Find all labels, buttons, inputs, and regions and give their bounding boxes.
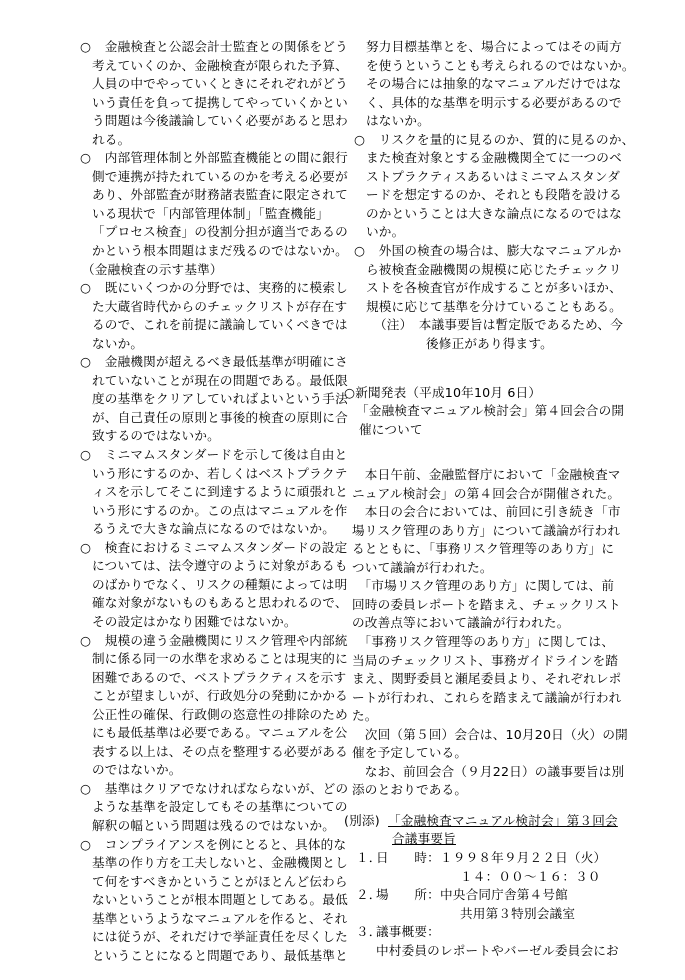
- bullet-mark: ○: [80, 780, 91, 799]
- press-title: 「金融検査マニュアル検討会」第４回会合の開 催について: [344, 402, 619, 439]
- note: （注） 本議事要旨は暫定版であるため、今 後修正があり得ます。: [344, 316, 619, 353]
- text-line: には従うが、それだけで挙証責任を尽くした: [92, 928, 342, 947]
- text-line: リスクを量的に見るのか、質的に見るのか、: [366, 131, 619, 150]
- text-line: また検査対象とする金融機関全てに一つのベ: [366, 149, 619, 168]
- text-line: 規模に応じて基準を分けていることもある。: [366, 298, 619, 317]
- text-line: 中村委員のレポートやバーゼル委員会にお: [376, 942, 619, 961]
- text-line: 度の基準をクリアしていればよいという手法: [92, 390, 342, 409]
- bullet-item: ○ 内部管理体制と外部監査機能との間に銀行側で連携が持たれているのかを考える必要…: [80, 149, 342, 260]
- continuation-text: 努力目標基準とを、場合によってはその両方 を使うということも考えられるのではない…: [344, 38, 619, 131]
- text-line: 場リスク管理のあり方」について議論が行われ: [352, 522, 619, 541]
- text-line: て何をすべきかということがほとんど伝わら: [92, 873, 342, 892]
- text-line: 公正性の確保、行政側の恣意性の排除のため: [92, 706, 342, 725]
- text-line: 内部管理体制と外部監査機能との間に銀行: [92, 149, 342, 168]
- text-line: 表する以上は、その点を整理する必要がある: [92, 743, 342, 762]
- text-line: 制に係る同一の水準を求めることは現実的に: [92, 650, 342, 669]
- text-line: にも最低基準は必要である。マニュアルを公: [92, 724, 342, 743]
- text-line: いう形にするのか、若しくはベストプラクテ: [92, 465, 342, 484]
- attachment-prefix: (別添): [344, 812, 380, 831]
- text-line: 合議事要旨: [392, 831, 456, 846]
- text-line: 催を予定している。: [352, 744, 619, 763]
- bullet-mark: ○: [80, 539, 91, 558]
- bullet-mark: ○: [354, 242, 365, 261]
- bullet-mark: ○: [80, 446, 91, 465]
- text-line: 本日の会合においては、前回に引き続き「市: [352, 503, 619, 522]
- text-line: ニュアル検討会」の第４回会合が開催された。: [352, 485, 619, 504]
- bullet-mark: ○: [80, 836, 91, 855]
- text-line: 中央合同庁舎第４号館: [440, 886, 619, 905]
- text-line: 共用第３特別会議室: [440, 905, 619, 924]
- text-line: ついて議論が行われた。: [352, 559, 619, 578]
- press-release: ○新聞発表（平成10年10月 6日） 「金融検査マニュアル検討会」第４回会合の開…: [344, 384, 619, 800]
- section-heading: （金融検査の示す基準）: [82, 261, 342, 280]
- text-line: 「プロセス検査」の役割分担が適当であるの: [92, 223, 342, 242]
- text-line: 人員の中でやっていくときにそれぞれがどう: [92, 75, 342, 94]
- bullet-mark: ○: [80, 149, 91, 168]
- text-line: あり、外部監査が財務諸表監査に限定されて: [92, 186, 342, 205]
- text-line: た大蔵省時代からのチェックリストが存在す: [92, 298, 342, 317]
- press-header: ○新聞発表（平成10年10月 6日）: [344, 384, 619, 403]
- bullet-item: ○ ミニマムスタンダードを示して後は自由という形にするのか、若しくはベストプラク…: [80, 446, 342, 539]
- text-line: を使うということも考えられるのではないか。: [366, 57, 619, 76]
- text-line: １９９８年９月２２日（火）: [440, 849, 619, 868]
- text-line: ートが行われ、これらを踏まえて議論が行われ: [352, 689, 619, 708]
- text-line: 回時の委員レポートを踏まえ、チェックリスト: [352, 596, 619, 615]
- text-line: その設定はかなり困難ではないか。: [92, 613, 342, 632]
- text-line: 当局のチェックリスト、事務ガイドラインを踏: [352, 652, 619, 671]
- text-line: 努力目標基準とを、場合によってはその両方: [366, 38, 619, 57]
- attachment-title: (別添) 「金融検査マニュアル検討会」第３回会 合議事要旨: [344, 812, 619, 849]
- text-line: ような基準を設定してもその基準についての: [92, 798, 342, 817]
- document-page: ○ 金融検査と公認会計士監査との関係をどう考えていくのか、金融検査が限られた予算…: [0, 0, 685, 980]
- row-summary: ３． 議事概要： 中村委員のレポートやバーゼル委員会にお: [356, 923, 619, 960]
- text-line: 金融機関が超えるべき最低基準が明確にさ: [92, 353, 342, 372]
- text-line: 催について: [356, 421, 619, 440]
- bullet-mark: ○: [80, 279, 91, 298]
- text-line: 「金融検査マニュアル検討会」第３回会: [388, 813, 618, 828]
- text-line: るとともに、「事務リスク管理等のあり方」に: [352, 540, 619, 559]
- text-line: ことが望ましいが、行政処分の発動にかかる: [92, 687, 342, 706]
- text-line: 本議事要旨は暫定版であるため、今: [406, 316, 619, 335]
- text-line: いう形にするのか。この点はマニュアルを作: [92, 502, 342, 521]
- text-line: 考えていくのか、金融検査が限られた予算、: [92, 57, 342, 76]
- bullet-item: ○ 金融機関が超えるべき最低基準が明確にされていないことが現在の問題である。最低…: [80, 353, 342, 446]
- row-label: 場 所：: [376, 886, 440, 905]
- text-line: た。: [352, 707, 619, 726]
- text-line: ストを各検査官が作成することが多いほか、: [366, 279, 619, 298]
- text-line: のばかりでなく、リスクの種類によっては明: [92, 576, 342, 595]
- row-datetime: １． 日 時： １９９８年９月２２日（火） １４：００～１６：３０: [356, 849, 619, 886]
- text-line: いう責任を負って提携してやっていくかとい: [92, 94, 342, 113]
- row-label: 日 時：: [376, 849, 440, 868]
- text-line: かという根本問題はまだ残るのではないか。: [92, 242, 342, 261]
- text-line: ということになると問題であり、最低基準と: [92, 947, 342, 966]
- text-line: いか。: [366, 223, 619, 242]
- bullet-mark: ○: [354, 131, 365, 150]
- text-line: ードを想定するのか、それとも段階を設ける: [366, 186, 619, 205]
- text-line: はないか。: [366, 112, 619, 131]
- row-number: ３．: [356, 923, 382, 942]
- left-column: ○ 金融検査と公認会計士監査との関係をどう考えていくのか、金融検査が限られた予算…: [80, 38, 342, 965]
- text-line: るうえで大きな論点になるのではないか。: [92, 520, 342, 539]
- text-line: 解釈の幅という問題は残るのではないか。: [92, 817, 342, 836]
- row-place: ２． 場 所： 中央合同庁舎第４号館 共用第３特別会議室: [356, 886, 619, 923]
- text-line: 規模の違う金融機関にリスク管理や内部統: [92, 632, 342, 651]
- text-line: 後修正があり得ます。: [406, 335, 619, 354]
- bullet-item: ○ 既にいくつかの分野では、実務的に模索した大蔵省時代からのチェックリストが存在…: [80, 279, 342, 353]
- text-line: ストプラクティスあるいはミニマムスタンダ: [366, 168, 619, 187]
- attachment-rows: １． 日 時： １９９８年９月２２日（火） １４：００～１６：３０ ２． 場 所…: [344, 849, 619, 960]
- text-line: ミニマムスタンダードを示して後は自由と: [92, 446, 342, 465]
- text-line: のではないか。: [92, 761, 342, 780]
- text-line: るので、これを前提に議論していくべきでは: [92, 316, 342, 335]
- bullet-item: ○ 金融検査と公認会計士監査との関係をどう考えていくのか、金融検査が限られた予算…: [80, 38, 342, 149]
- bullet-mark: ○: [80, 353, 91, 372]
- text-line: 金融検査と公認会計士監査との関係をどう: [92, 38, 342, 57]
- text-line: ィスを示してそこに到達するように頑張れと: [92, 483, 342, 502]
- text-line: 「市場リスク管理のあり方」に関しては、前: [352, 577, 619, 596]
- text-line: 確な対象がないものもあると思われるので、: [92, 594, 342, 613]
- note-label: （注）: [374, 316, 412, 335]
- text-line: 「事務リスク管理等のあり方」に関しては、: [352, 633, 619, 652]
- text-line: の改善点等において議論が行われた。: [352, 614, 619, 633]
- text-line: 検査におけるミニマムスタンダードの設定: [92, 539, 342, 558]
- text-line: が、自己責任の原則と事後的検査の原則に合: [92, 409, 342, 428]
- text-line: 基準の作り方を工夫しないと、金融機関とし: [92, 854, 342, 873]
- right-column: 努力目標基準とを、場合によってはその両方 を使うということも考えられるのではない…: [344, 38, 619, 960]
- text-line: 「金融検査マニュアル検討会」第４回会合の開: [356, 402, 619, 421]
- text-line: 既にいくつかの分野では、実務的に模索し: [92, 279, 342, 298]
- text-line: 困難であるので、ベストプラクティスを示す: [92, 669, 342, 688]
- bullet-item: ○ 規模の違う金融機関にリスク管理や内部統制に係る同一の水準を求めることは現実的…: [80, 632, 342, 780]
- bullet-item: ○ コンプライアンスを例にとると、具体的な基準の作り方を工夫しないと、金融機関と…: [80, 836, 342, 966]
- text-line: ら被検査金融機関の規模に応じたチェックリ: [366, 261, 619, 280]
- bullet-item: ○ 検査におけるミニマムスタンダードの設定については、法令遵守のように対象がある…: [80, 539, 342, 632]
- text-line: ないか。: [92, 335, 342, 354]
- text-line: 本日午前、金融監督庁において「金融検査マ: [352, 466, 619, 485]
- text-line: については、法令遵守のように対象があるも: [92, 557, 342, 576]
- text-line: う問題は今後議論していく必要があると思わ: [92, 112, 342, 131]
- bullet-item: ○ 基準はクリアでなければならないが、どのような基準を設定してもその基準について…: [80, 780, 342, 836]
- text-line: のかということは大きな論点になるのではな: [366, 205, 619, 224]
- text-line: なお、前回会合（９月22日）の議事要旨は別: [352, 763, 619, 782]
- bullet-mark: ○: [80, 38, 91, 57]
- text-line: れる。: [92, 131, 342, 150]
- bullet-mark: ○: [80, 632, 91, 651]
- press-body: 本日午前、金融監督庁において「金融検査マ ニュアル検討会」の第４回会合が開催され…: [344, 466, 619, 800]
- text-line: 添のとおりである。: [352, 781, 619, 800]
- bullet-item: ○ リスクを量的に見るのか、質的に見るのか、 また検査対象とする金融機関全てに一…: [344, 131, 619, 242]
- text-line: 基準はクリアでなければならないが、どの: [92, 780, 342, 799]
- text-line: コンプライアンスを例にとると、具体的な: [92, 836, 342, 855]
- text-line: いる現状で「内部管理体制」「監査機能」: [92, 205, 342, 224]
- text-line: く、具体的な基準を明示する必要があるので: [366, 94, 619, 113]
- text-line: １４：００～１６：３０: [440, 868, 619, 887]
- text-line: 側で連携が持たれているのかを考える必要が: [92, 168, 342, 187]
- text-line: れていないことが現在の問題である。最低限: [92, 372, 342, 391]
- text-line: 外国の検査の場合は、膨大なマニュアルか: [366, 242, 619, 261]
- row-label: 議事概要：: [376, 923, 619, 942]
- text-line: 基準というようなマニュアルを作ると、それ: [92, 910, 342, 929]
- text-line: その場合には抽象的なマニュアルだけではな: [366, 75, 619, 94]
- text-line: ないということが根本問題としてある。最低: [92, 891, 342, 910]
- text-line: まえ、関野委員と瀬尾委員より、それぞれレポ: [352, 670, 619, 689]
- text-line: 致するのではないか。: [92, 427, 342, 446]
- text-line: 次回（第５回）会合は、10月20日（火）の開: [352, 726, 619, 745]
- attachment: (別添) 「金融検査マニュアル検討会」第３回会 合議事要旨 １． 日 時： １９…: [344, 812, 619, 960]
- bullet-item: ○ 外国の検査の場合は、膨大なマニュアルか ら被検査金融機関の規模に応じたチェッ…: [344, 242, 619, 316]
